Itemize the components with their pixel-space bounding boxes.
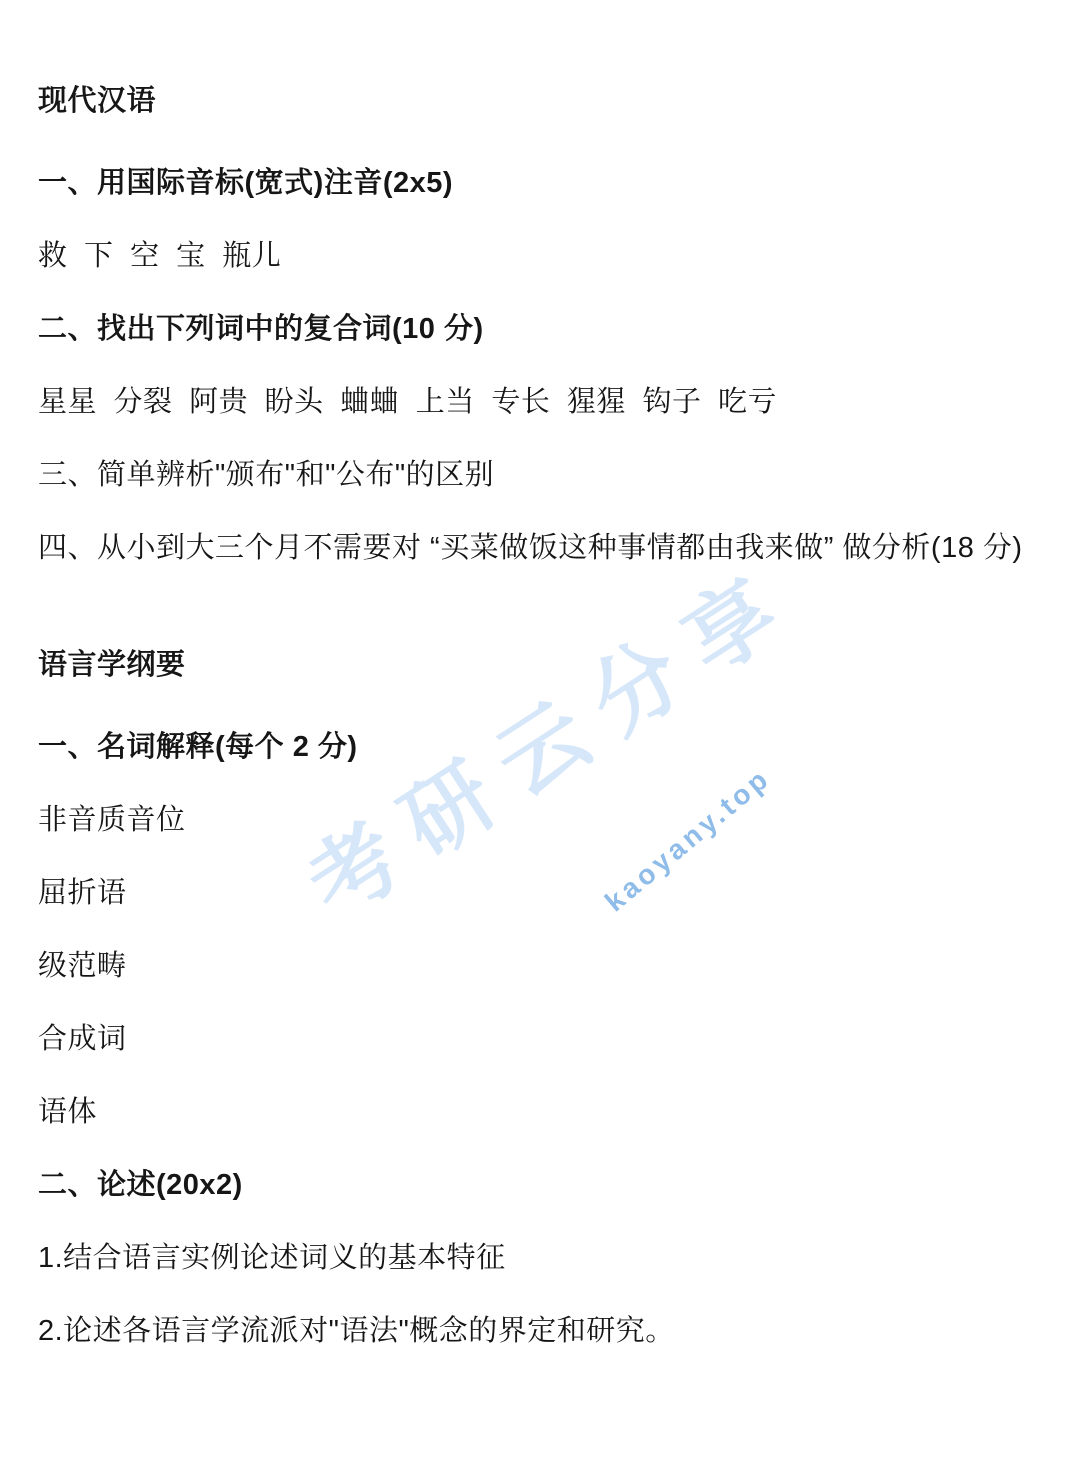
- section-title: 现代汉语: [38, 84, 1040, 118]
- question-line: 三、简单辨析"颁布"和"公布"的区别: [38, 458, 1040, 492]
- question-line: 语体: [38, 1095, 1040, 1129]
- question-line: 2.论述各语言学流派对"语法"概念的界定和研究。: [38, 1314, 1040, 1348]
- question-line: 屈折语: [38, 876, 1040, 910]
- question-line: 四、从小到大三个月不需要对 “买菜做饭这种事情都由我来做” 做分析(18 分): [38, 531, 1040, 565]
- document-screenshot: { "page": { "background_color": "#ffffff…: [0, 0, 1080, 1476]
- question-line: 二、论述(20x2): [38, 1168, 1040, 1202]
- word-list-line: 星星 分裂 阿贵 盼头 蛐蛐 上当 专长 猩猩 钩子 吃亏: [38, 385, 1040, 419]
- question-line: 一、名词解释(每个 2 分): [38, 730, 1040, 764]
- section-title: 语言学纲要: [38, 648, 1040, 682]
- question-line: 二、找出下列词中的复合词(10 分): [38, 312, 1040, 346]
- question-line: 1.结合语言实例论述词义的基本特征: [38, 1241, 1040, 1275]
- question-line: 一、用国际音标(宽式)注音(2x5): [38, 166, 1040, 200]
- question-line: 级范畴: [38, 949, 1040, 983]
- word-list-line: 救 下 空 宝 瓶儿: [38, 239, 1040, 273]
- question-line: 合成词: [38, 1022, 1040, 1056]
- doc-section-1: 语言学纲要一、名词解释(每个 2 分)非音质音位屈折语级范畴合成词语体二、论述(…: [38, 648, 1040, 1348]
- exam-document: 现代汉语一、用国际音标(宽式)注音(2x5)救 下 空 宝 瓶儿二、找出下列词中…: [0, 0, 1080, 1348]
- doc-section-0: 现代汉语一、用国际音标(宽式)注音(2x5)救 下 空 宝 瓶儿二、找出下列词中…: [38, 84, 1040, 565]
- question-line: 非音质音位: [38, 803, 1040, 837]
